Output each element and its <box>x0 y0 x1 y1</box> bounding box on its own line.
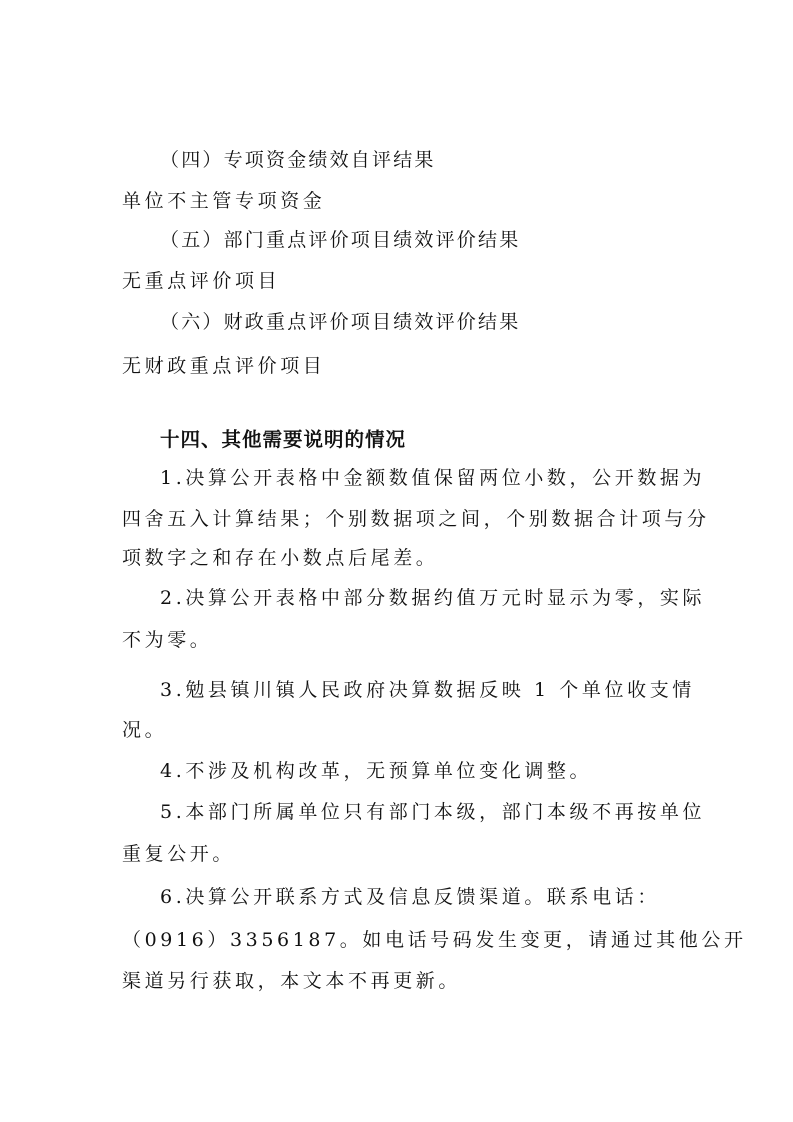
item-6-line-3: 渠道另行获取，本文本不再更新。 <box>122 969 674 993</box>
item-1-line-2: 四舍五入计算结果；个别数据项之间，个别数据合计项与分 <box>122 507 674 531</box>
item-2-line-1: 2.决算公开表格中部分数据约值万元时显示为零，实际 <box>160 586 712 610</box>
subsection-body-5: 无重点评价项目 <box>122 269 674 293</box>
subsection-body-4: 单位不主管专项资金 <box>122 189 674 213</box>
item-1-line-3: 项数字之和存在小数点后尾差。 <box>122 546 674 570</box>
item-5-line-1: 5.本部门所属单位只有部门本级，部门本级不再按单位 <box>160 800 712 824</box>
item-5-line-2: 重复公开。 <box>122 842 674 866</box>
item-3-line-2: 况。 <box>122 718 674 742</box>
section-title: 十四、其他需要说明的情况 <box>160 428 712 452</box>
item-6-line-1: 6.决算公开联系方式及信息反馈渠道。联系电话： <box>160 885 712 909</box>
subsection-title-4: （四）专项资金绩效自评结果 <box>160 148 712 172</box>
subsection-body-6: 无财政重点评价项目 <box>122 354 674 378</box>
subsection-title-6: （六）财政重点评价项目绩效评价结果 <box>160 310 712 334</box>
item-1-line-1: 1.决算公开表格中金额数值保留两位小数，公开数据为 <box>160 466 712 490</box>
document-page: （四）专项资金绩效自评结果 单位不主管专项资金 （五）部门重点评价项目绩效评价结… <box>0 0 793 1122</box>
item-2-line-2: 不为零。 <box>122 628 674 652</box>
item-3-line-1: 3.勉县镇川镇人民政府决算数据反映 1 个单位收支情 <box>160 678 712 702</box>
subsection-title-5: （五）部门重点评价项目绩效评价结果 <box>160 228 712 252</box>
item-4-line-1: 4.不涉及机构改革，无预算单位变化调整。 <box>160 759 712 783</box>
item-6-line-2: （0916）3356187。如电话号码发生变更，请通过其他公开 <box>122 928 674 952</box>
